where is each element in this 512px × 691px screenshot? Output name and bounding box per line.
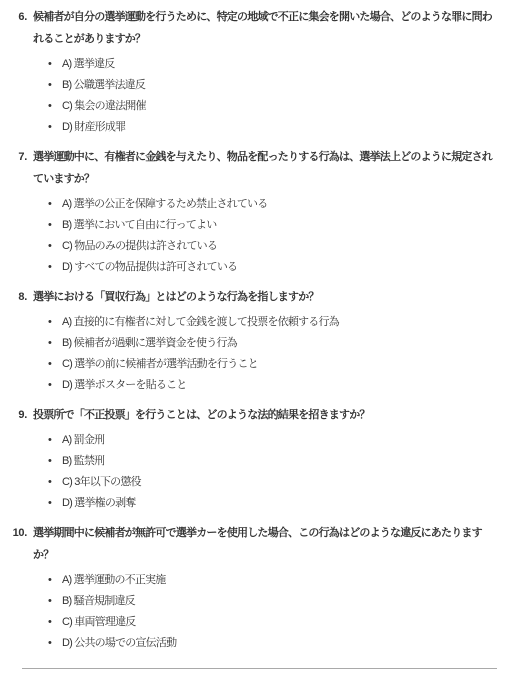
option-item: •C) 物品のみの提供は許されている <box>48 236 497 257</box>
option-text: C) 集会の違法開催 <box>62 100 146 112</box>
bottom-divider <box>22 668 497 669</box>
option-item: •B) 公職選挙法違反 <box>48 75 497 96</box>
option-text: C) 物品のみの提供は許されている <box>62 240 217 252</box>
option-text: B) 監禁刑 <box>62 455 104 467</box>
bullet-icon: • <box>48 257 58 278</box>
option-item: •A) 選挙の公正を保障するため禁止されている <box>48 194 497 215</box>
question-item: 8.選挙における「買収行為」とはどのような行為を指しますか？•A) 直接的に有権… <box>0 286 497 402</box>
option-text: B) 候補者が過剰に選挙資金を使う行為 <box>62 337 237 349</box>
question-body: 選挙運動中に、有権者に金銭を与えたり、物品を配ったりする行為は、選挙法上どのよう… <box>33 146 497 284</box>
bullet-icon: • <box>48 451 58 472</box>
option-text: D) 公共の場での宣伝活動 <box>62 637 176 649</box>
question-text: 候補者が自分の選挙運動を行うために、特定の地域で不正に集会を開いた場合、どのよう… <box>33 6 497 50</box>
option-text: A) 選挙違反 <box>62 58 114 70</box>
option-item: •A) 選挙違反 <box>48 54 497 75</box>
option-item: •A) 選挙運動の不正実施 <box>48 570 497 591</box>
question-body: 候補者が自分の選挙運動を行うために、特定の地域で不正に集会を開いた場合、どのよう… <box>33 6 497 144</box>
bullet-icon: • <box>48 54 58 75</box>
option-item: •D) 選挙ポスターを貼ること <box>48 375 497 396</box>
bullet-icon: • <box>48 117 58 138</box>
option-item: •C) 選挙の前に候補者が選挙活動を行うこと <box>48 354 497 375</box>
bullet-icon: • <box>48 472 58 493</box>
options-list: •A) 選挙の公正を保障するため禁止されている•B) 選挙において自由に行ってよ… <box>33 194 497 278</box>
option-item: •B) 監禁刑 <box>48 451 497 472</box>
option-item: •B) 騒音規制違反 <box>48 591 497 612</box>
question-number: 7. <box>0 146 27 284</box>
question-item: 7.選挙運動中に、有権者に金銭を与えたり、物品を配ったりする行為は、選挙法上どの… <box>0 146 497 284</box>
option-item: •C) 集会の違法開催 <box>48 96 497 117</box>
option-text: B) 選挙において自由に行ってよい <box>62 219 216 231</box>
question-item: 10.選挙期間中に候補者が無許可で選挙カーを使用した場合、この行為はどのような違… <box>0 522 497 660</box>
bullet-icon: • <box>48 194 58 215</box>
option-item: •A) 直接的に有権者に対して金銭を渡して投票を依頼する行為 <box>48 312 497 333</box>
bullet-icon: • <box>48 612 58 633</box>
option-text: B) 騒音規制違反 <box>62 595 135 607</box>
option-text: D) すべての物品提供は許可されている <box>62 261 237 273</box>
options-list: •A) 選挙違反•B) 公職選挙法違反•C) 集会の違法開催•D) 財産形成罪 <box>33 54 497 138</box>
question-body: 投票所で「不正投票」を行うことは、どのような法的結果を招きますか？•A) 罰金刑… <box>33 404 497 520</box>
bullet-icon: • <box>48 236 58 257</box>
bullet-icon: • <box>48 633 58 654</box>
option-text: A) 選挙の公正を保障するため禁止されている <box>62 198 267 210</box>
option-item: •C) 車両管理違反 <box>48 612 497 633</box>
option-text: D) 選挙権の剥奪 <box>62 497 135 509</box>
question-list: 6.候補者が自分の選挙運動を行うために、特定の地域で不正に集会を開いた場合、どの… <box>0 6 497 660</box>
question-number: 9. <box>0 404 27 520</box>
bullet-icon: • <box>48 375 58 396</box>
bullet-icon: • <box>48 312 58 333</box>
question-number: 6. <box>0 6 27 144</box>
question-text: 投票所で「不正投票」を行うことは、どのような法的結果を招きますか？ <box>33 404 497 426</box>
option-item: •D) 選挙権の剥奪 <box>48 493 497 514</box>
option-text: D) 選挙ポスターを貼ること <box>62 379 186 391</box>
option-item: •C) 3年以下の懲役 <box>48 472 497 493</box>
options-list: •A) 直接的に有権者に対して金銭を渡して投票を依頼する行為•B) 候補者が過剰… <box>33 312 497 396</box>
option-text: A) 選挙運動の不正実施 <box>62 574 165 586</box>
question-item: 9.投票所で「不正投票」を行うことは、どのような法的結果を招きますか？•A) 罰… <box>0 404 497 520</box>
bullet-icon: • <box>48 570 58 591</box>
question-text: 選挙運動中に、有権者に金銭を与えたり、物品を配ったりする行為は、選挙法上どのよう… <box>33 146 497 190</box>
option-item: •D) 財産形成罪 <box>48 117 497 138</box>
option-text: C) 3年以下の懲役 <box>62 476 141 488</box>
option-text: A) 罰金刑 <box>62 434 104 446</box>
bullet-icon: • <box>48 215 58 236</box>
bullet-icon: • <box>48 493 58 514</box>
options-list: •A) 選挙運動の不正実施•B) 騒音規制違反•C) 車両管理違反•D) 公共の… <box>33 570 497 654</box>
option-text: D) 財産形成罪 <box>62 121 125 133</box>
bullet-icon: • <box>48 354 58 375</box>
question-text: 選挙期間中に候補者が無許可で選挙カーを使用した場合、この行為はどのような違反にあ… <box>33 522 497 566</box>
bullet-icon: • <box>48 333 58 354</box>
question-text: 選挙における「買収行為」とはどのような行為を指しますか？ <box>33 286 497 308</box>
option-item: •A) 罰金刑 <box>48 430 497 451</box>
question-number: 8. <box>0 286 27 402</box>
quiz-document: 6.候補者が自分の選挙運動を行うために、特定の地域で不正に集会を開いた場合、どの… <box>0 0 512 691</box>
option-item: •B) 選挙において自由に行ってよい <box>48 215 497 236</box>
question-item: 6.候補者が自分の選挙運動を行うために、特定の地域で不正に集会を開いた場合、どの… <box>0 6 497 144</box>
option-text: B) 公職選挙法違反 <box>62 79 145 91</box>
question-number: 10. <box>0 522 27 660</box>
bullet-icon: • <box>48 75 58 96</box>
option-text: A) 直接的に有権者に対して金銭を渡して投票を依頼する行為 <box>62 316 339 328</box>
question-body: 選挙における「買収行為」とはどのような行為を指しますか？•A) 直接的に有権者に… <box>33 286 497 402</box>
option-item: •B) 候補者が過剰に選挙資金を使う行為 <box>48 333 497 354</box>
option-item: •D) 公共の場での宣伝活動 <box>48 633 497 654</box>
option-item: •D) すべての物品提供は許可されている <box>48 257 497 278</box>
bullet-icon: • <box>48 96 58 117</box>
question-body: 選挙期間中に候補者が無許可で選挙カーを使用した場合、この行為はどのような違反にあ… <box>33 522 497 660</box>
bullet-icon: • <box>48 430 58 451</box>
bullet-icon: • <box>48 591 58 612</box>
option-text: C) 選挙の前に候補者が選挙活動を行うこと <box>62 358 258 370</box>
option-text: C) 車両管理違反 <box>62 616 135 628</box>
options-list: •A) 罰金刑•B) 監禁刑•C) 3年以下の懲役•D) 選挙権の剥奪 <box>33 430 497 514</box>
